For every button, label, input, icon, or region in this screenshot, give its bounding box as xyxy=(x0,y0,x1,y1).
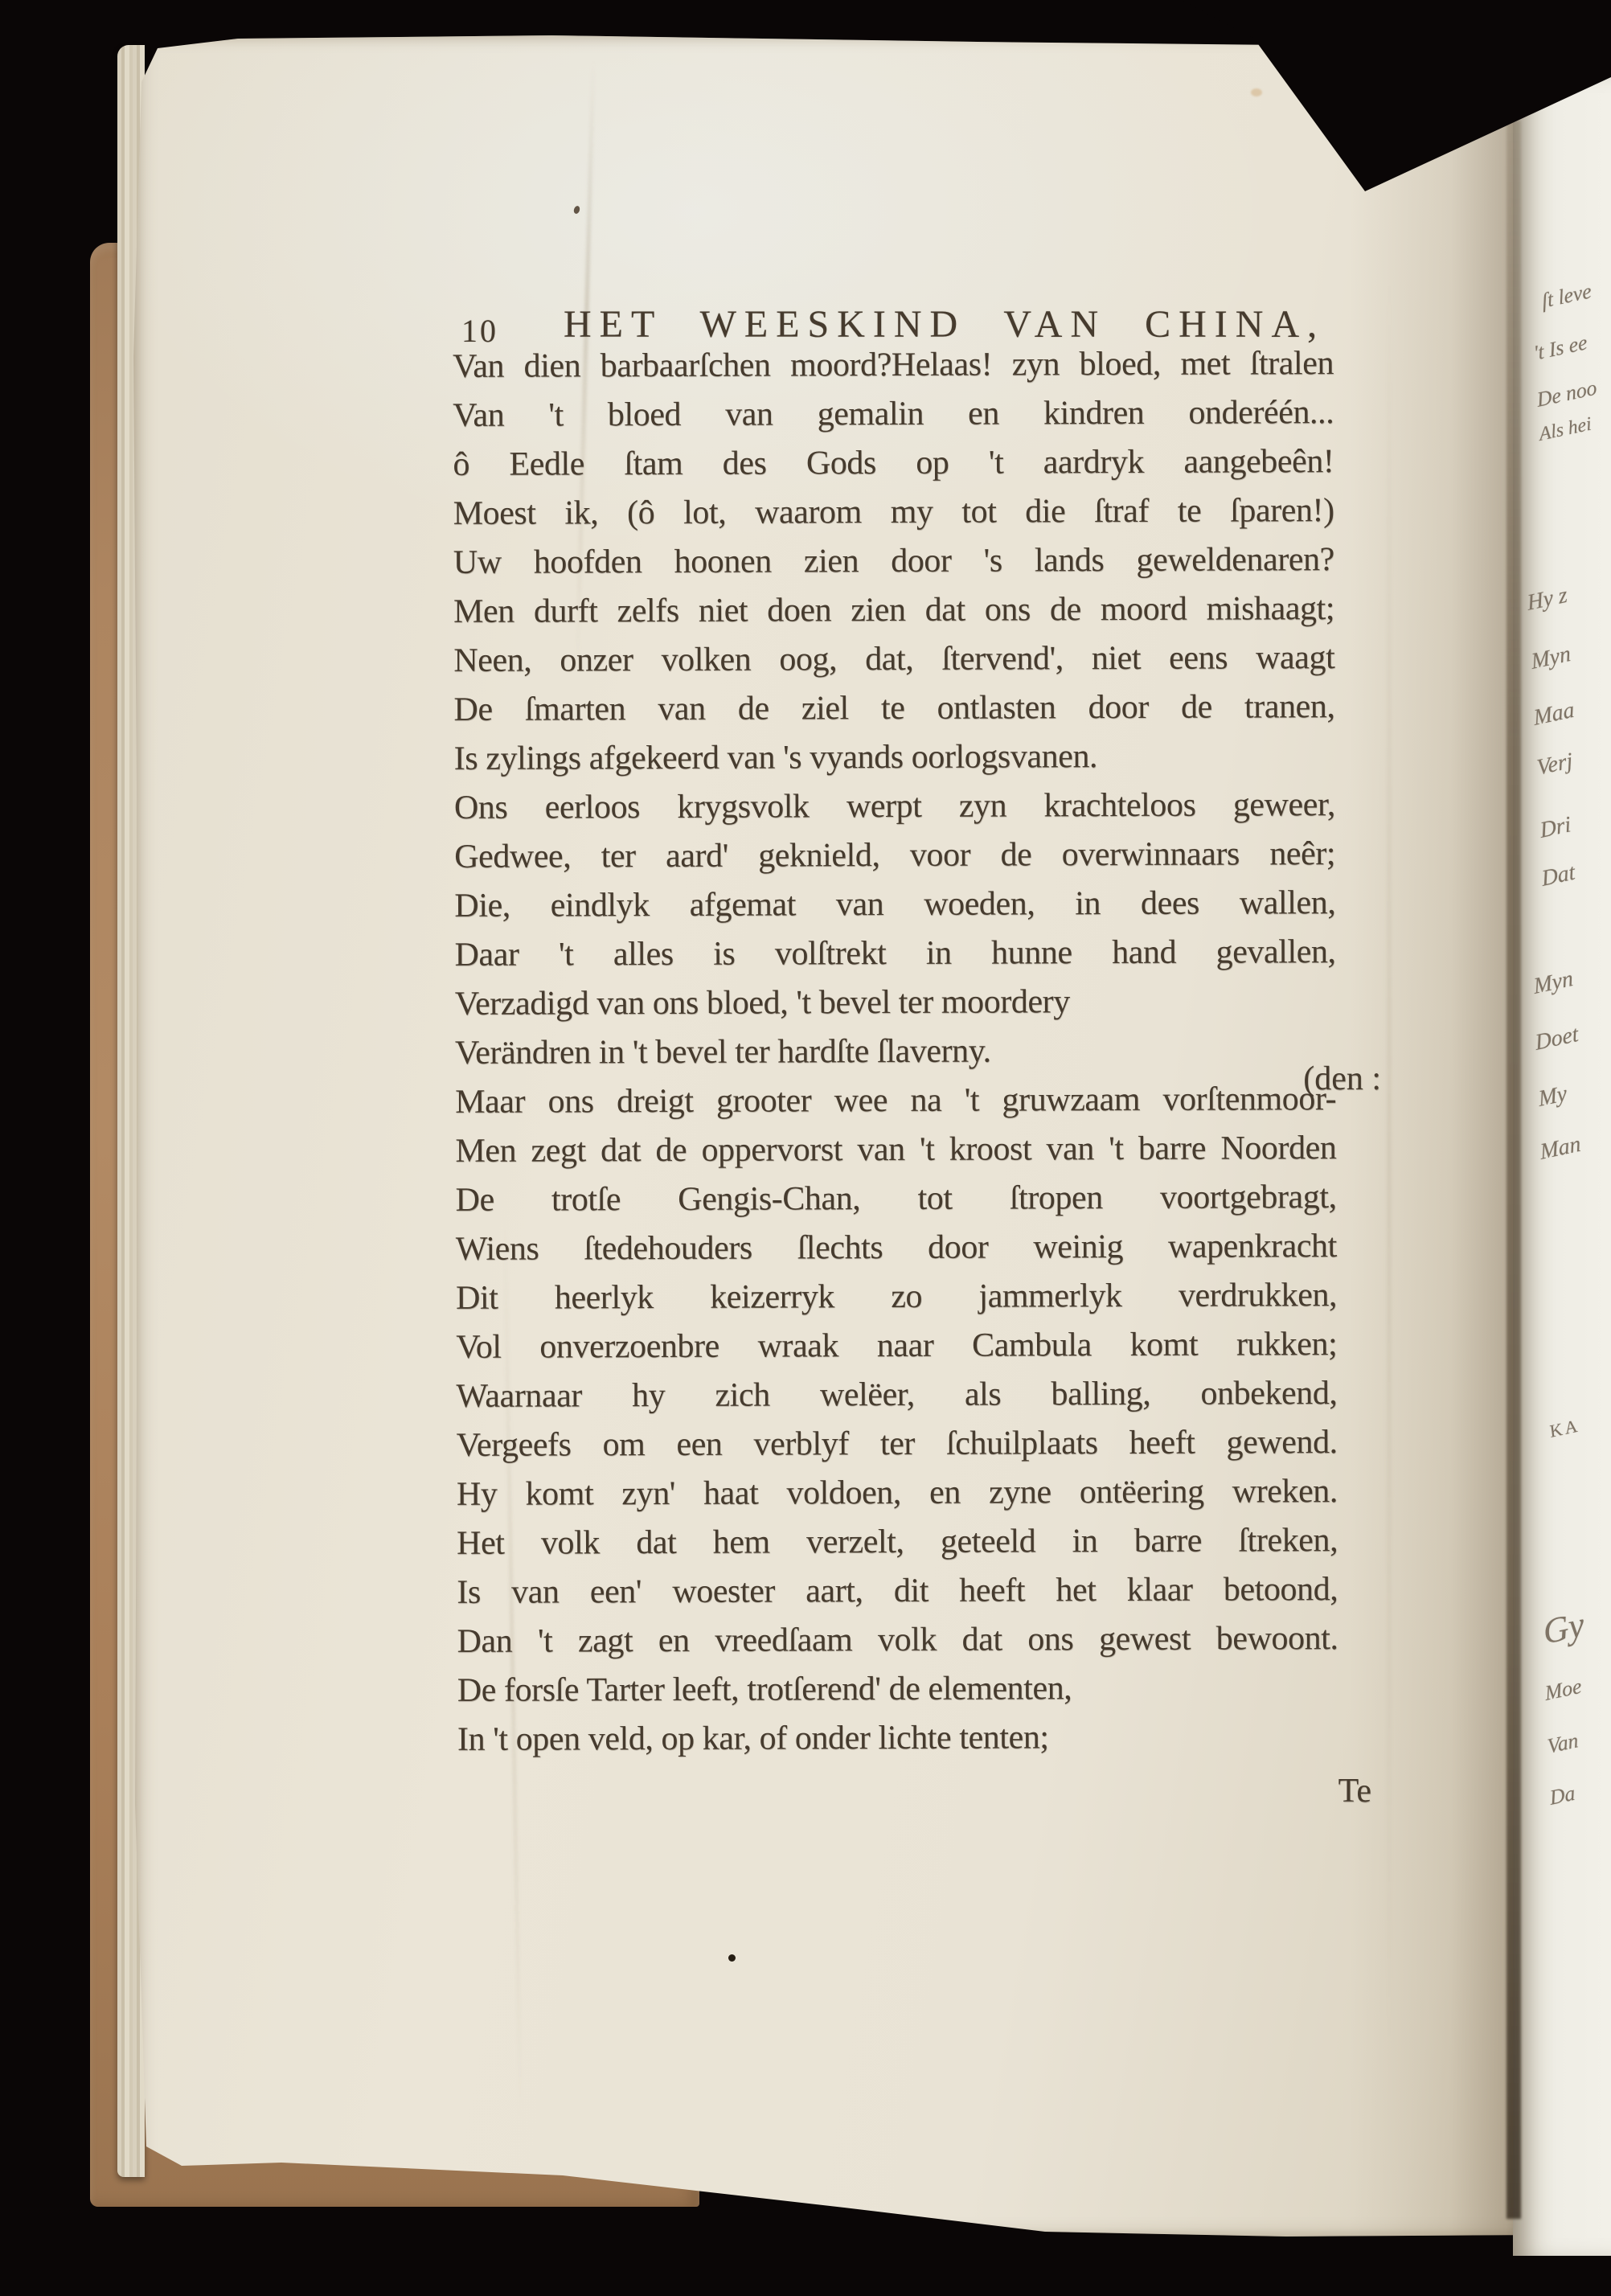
facing-page-text-fragment: Hy z xyxy=(1526,583,1568,617)
turnover-word: (den : xyxy=(455,1060,1381,1098)
facing-page-text-fragment: ſt leve xyxy=(1540,279,1593,314)
gutter-shadow xyxy=(1506,121,1521,2219)
facing-page-text-fragment: Gy xyxy=(1541,1603,1586,1652)
verse-line: Gedwee, ter aard' geknield, voor de over… xyxy=(454,830,1335,882)
verse-line: Van 't bloed van gemalin en kindren onde… xyxy=(453,388,1334,441)
verse-line: Dit heerlyk keizerryk zo jammerlyk verdr… xyxy=(456,1271,1337,1323)
facing-page-text-fragment: Dat xyxy=(1540,859,1576,892)
verse-line: In 't open veld, op kar, of onder lichte… xyxy=(457,1712,1338,1765)
facing-page-text-fragment: Myn xyxy=(1530,642,1572,675)
verse-line: De forsſe Tarter leeft, trotſerend' de e… xyxy=(457,1663,1338,1716)
verse-line: De ſmarten van de ziel te ontlasten door… xyxy=(453,683,1334,735)
facing-page-text-fragment: Da xyxy=(1548,1781,1576,1810)
ink-speck xyxy=(573,205,581,215)
facing-page-sliver: ſt leve't Is eeDe nooAls heiHy zMynMaaVe… xyxy=(1513,76,1611,2256)
facing-page-text-fragment: My xyxy=(1537,1081,1568,1113)
facing-page-text-fragment: De noo xyxy=(1535,375,1598,412)
verse-line: Moest ik, (ô lot, waarom my tot die ſtra… xyxy=(453,486,1334,539)
verse-line: Ons eerloos krygsvolk werpt zyn krachtel… xyxy=(454,781,1335,833)
verse-line: Is zylings afgekeerd van 's vyands oorlo… xyxy=(454,732,1335,784)
verse-line: Verzadigd van ons bloed, 't bevel ter mo… xyxy=(455,977,1336,1029)
facing-page-text-fragment: Maa xyxy=(1532,697,1576,732)
facing-page-text-fragment: Verj xyxy=(1535,748,1574,781)
verse-line: Uw hoofden hoonen zien door 's lands gew… xyxy=(453,535,1334,588)
facing-page-text-fragment: Dri xyxy=(1539,812,1572,844)
verse-line: Vol onverzoenbre wraak naar Cambula komt… xyxy=(456,1320,1337,1372)
verse-line: Wiens ſtedehouders ſlechts door weinig w… xyxy=(456,1222,1337,1274)
verse-line: Men zegt dat de oppervorst van 't kroost… xyxy=(455,1124,1336,1176)
facing-page-text-fragment: Doet xyxy=(1534,1022,1580,1056)
verse-line: Neen, onzer volken oog, dat, ſtervend', … xyxy=(453,633,1334,686)
facing-page-text-fragment: Moe xyxy=(1543,1674,1583,1705)
facing-page-text-fragment: KA xyxy=(1548,1415,1580,1442)
verse-line: Hy komt zyn' haat voldoen, en zyne ontëe… xyxy=(457,1467,1338,1519)
poem-text-block: Van dien barbaarſchen moord?Helaas! zyn … xyxy=(453,339,1338,1765)
catchword: Te xyxy=(455,1772,1371,1810)
verse-line: Daar 't alles is volſtrekt in hunne hand… xyxy=(454,928,1335,980)
verse-line: Men durft zelfs niet doen zien dat ons d… xyxy=(453,584,1334,637)
verse-line: Van dien barbaarſchen moord?Helaas! zyn … xyxy=(453,339,1334,392)
verse-line: De trotſe Gengis-Chan, tot ſtropen voort… xyxy=(456,1173,1337,1225)
verse-line: Het volk dat hem verzelt, geteeld in bar… xyxy=(457,1516,1338,1568)
paper-crease xyxy=(1388,277,1391,2045)
verse-line: ô Eedle ſtam des Gods op 't aardryk aang… xyxy=(453,437,1334,490)
facing-page-text-fragment: Man xyxy=(1539,1131,1582,1166)
book-photograph: 10 HET WEESKIND VAN CHINA, Van dien barb… xyxy=(0,0,1611,2296)
ink-speck xyxy=(728,1954,736,1962)
book-page: 10 HET WEESKIND VAN CHINA, Van dien barb… xyxy=(133,35,1534,2240)
facing-page-text-fragment: Van xyxy=(1546,1728,1580,1759)
facing-page-text-fragment: 't Is ee xyxy=(1532,330,1588,366)
verse-line: Waarnaar hy zich welëer, als balling, on… xyxy=(456,1369,1337,1421)
foxing-spot xyxy=(1251,88,1262,96)
verse-line: Dan 't zagt en vreedſaam volk dat ons ge… xyxy=(457,1614,1338,1667)
verse-line: Vergeefs om een verblyf ter ſchuilplaats… xyxy=(457,1418,1338,1470)
facing-page-text-fragment: Als hei xyxy=(1538,413,1593,446)
facing-page-text-fragment: Myn xyxy=(1532,966,1575,1000)
verse-line: Is van een' woester aart, dit heeft het … xyxy=(457,1565,1338,1617)
verse-line: Die, eindlyk afgemat van woeden, in dees… xyxy=(454,879,1335,931)
